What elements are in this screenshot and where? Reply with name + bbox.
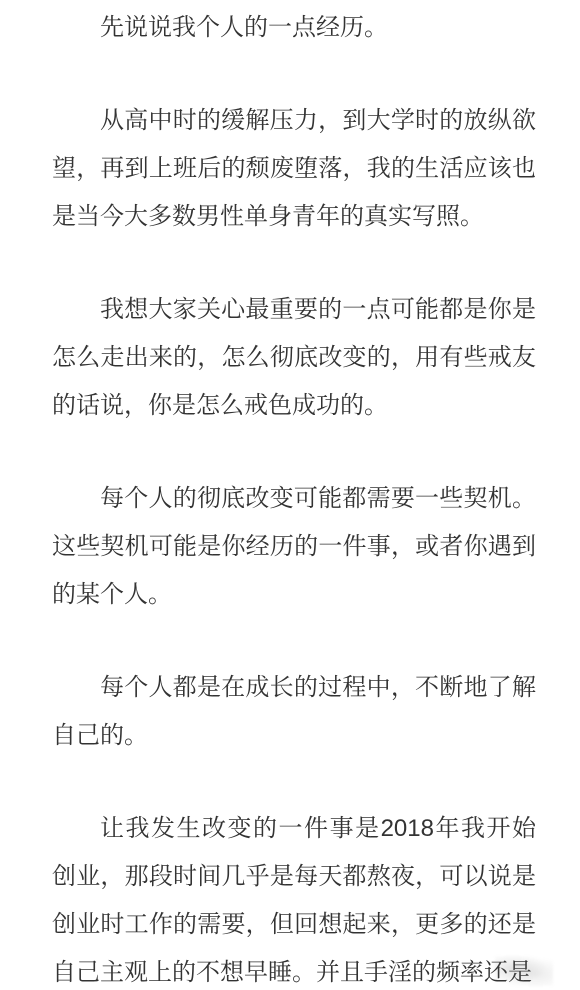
paragraph-3: 我想大家关心最重要的一点可能都是你是怎么走出来的，怎么彻底改变的，用有些戒友的话… (52, 286, 536, 430)
paragraph-4: 每个人的彻底改变可能都需要一些契机。这些契机可能是你经历的一件事，或者你遇到的某… (52, 475, 536, 619)
paragraph-2: 从高中时的缓解压力，到大学时的放纵欲望，再到上班后的颓废堕落，我的生活应该也是当… (52, 97, 536, 241)
paragraph-5: 每个人都是在成长的过程中，不断地了解自己的。 (52, 664, 536, 760)
reader-page: 先说说我个人的一点经历。 从高中时的缓解压力，到大学时的放纵欲望，再到上班后的颓… (0, 0, 580, 990)
paragraph-1: 先说说我个人的一点经历。 (52, 4, 536, 52)
paragraph-6: 让我发生改变的一件事是2018年我开始创业，那段时间几乎是每天都熬夜，可以说是创… (52, 805, 536, 990)
